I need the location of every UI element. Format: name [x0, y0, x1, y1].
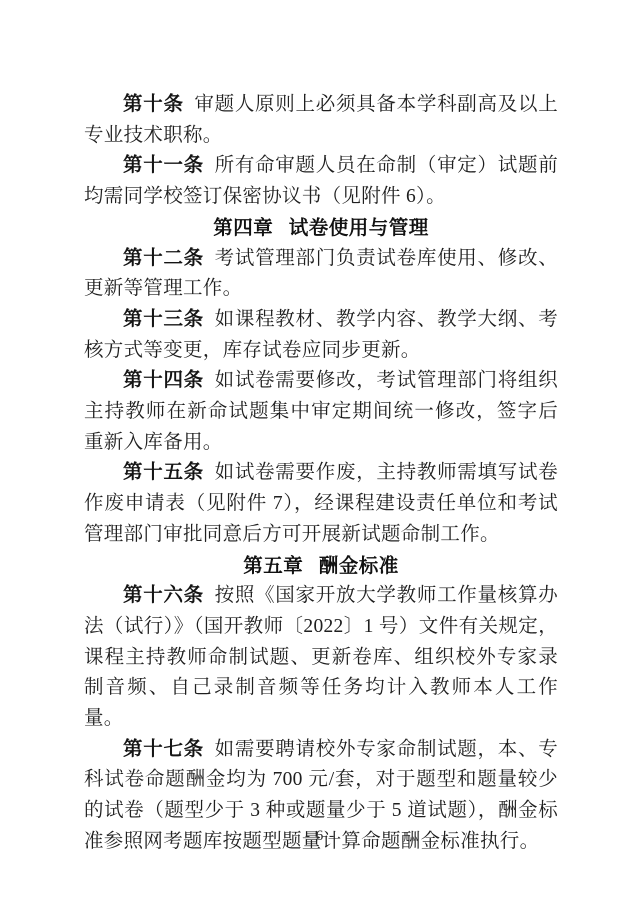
article-number: 第十条: [123, 94, 184, 115]
article-paragraph-14: 第十四条如试卷需要修改，考试管理部门将组织主持教师在新命试题集中审定期间统一修改…: [84, 366, 558, 458]
document-page: 第十条审题人原则上必须具备本学科副高及以上专业技术职称。 第十一条所有命审题人员…: [0, 0, 640, 905]
article-number: 第十七条: [123, 739, 204, 760]
page-number: - 6 -: [0, 828, 640, 845]
article-paragraph-11: 第十一条所有命审题人员在命制（审定）试题前均需同学校签订保密协议书（见附件 6）…: [84, 151, 558, 212]
chapter-heading-4: 第四章试卷使用与管理: [84, 213, 558, 244]
article-number: 第十二条: [123, 248, 204, 269]
chapter-heading-5: 第五章酬金标准: [84, 551, 558, 582]
article-text: 按照《国家开放大学教师工作量核算办法（试行）》（国开教师〔2022〕1 号）文件…: [84, 585, 558, 729]
chapter-number: 第四章: [213, 217, 273, 239]
article-paragraph-12: 第十二条考试管理部门负责试卷库使用、修改、更新等管理工作。: [84, 244, 558, 305]
document-body: 第十条审题人原则上必须具备本学科副高及以上专业技术职称。 第十一条所有命审题人员…: [84, 90, 558, 858]
chapter-title: 试卷使用与管理: [289, 217, 429, 239]
article-number: 第十五条: [123, 462, 204, 483]
chapter-number: 第五章: [243, 555, 303, 577]
article-number: 第十三条: [123, 309, 204, 330]
chapter-title: 酬金标准: [319, 555, 399, 577]
article-paragraph-13: 第十三条如课程教材、教学内容、教学大纲、考核方式等变更，库存试卷应同步更新。: [84, 305, 558, 366]
article-paragraph-16: 第十六条按照《国家开放大学教师工作量核算办法（试行）》（国开教师〔2022〕1 …: [84, 581, 558, 735]
article-number: 第十一条: [123, 155, 204, 176]
article-paragraph-15: 第十五条如试卷需要作废，主持教师需填写试卷作废申请表（见附件 7），经课程建设责…: [84, 458, 558, 550]
article-number: 第十四条: [123, 370, 204, 391]
article-number: 第十六条: [123, 585, 204, 606]
article-paragraph-10: 第十条审题人原则上必须具备本学科副高及以上专业技术职称。: [84, 90, 558, 151]
